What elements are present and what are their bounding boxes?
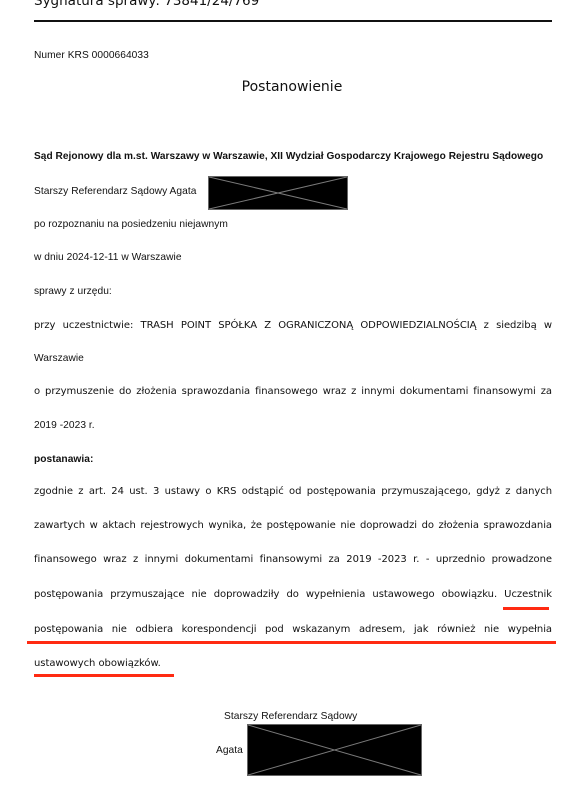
document-title: Postanowienie: [0, 79, 584, 95]
signature-name: Agata: [216, 745, 243, 756]
date-line: w dniu 2024-12-11 w Warszawie: [34, 252, 182, 263]
krs-number: Numer KRS 0000664033: [34, 50, 149, 61]
redacted-signature-box: [247, 724, 422, 776]
body-line: zgodnie z art. 24 ust. 3 ustawy o KRS od…: [34, 486, 552, 497]
highlight-underline: [34, 674, 174, 677]
body-line: postępowania nie odbiera korespondencji …: [34, 624, 552, 635]
header-divider: [34, 20, 552, 22]
court-name: Sąd Rejonowy dla m.st. Warszawy w Warsza…: [34, 151, 543, 162]
body-line: postępowania przymuszające nie doprowadz…: [34, 589, 552, 600]
body-line: finansowego wraz z innymi dokumentami fi…: [34, 554, 552, 565]
redacted-cross-icon: [248, 725, 421, 775]
highlight-underline: [27, 641, 556, 644]
ex-officio-line: sprawy z urzędu:: [34, 286, 112, 297]
hearing-line: po rozpoznaniu na posiedzeniu niejawnym: [34, 219, 228, 230]
subject-line-2: 2019 -2023 r.: [34, 420, 95, 431]
participant-line-1: przy uczestnictwie: TRASH POINT SPÓŁKA Z…: [34, 320, 552, 331]
redacted-cross-icon: [209, 177, 347, 209]
decides-label: postanawia:: [34, 454, 93, 465]
body-line: ustawowych obowiązków.: [34, 658, 161, 669]
signature-role: Starszy Referendarz Sądowy: [224, 711, 357, 722]
officer-line: Starszy Referendarz Sądowy Agata: [34, 186, 196, 197]
redacted-name-box: [208, 176, 348, 210]
case-signature: Sygnatura sprawy: 73841/24/769: [34, 0, 259, 9]
subject-line-1: o przymuszenie do złożenia sprawozdania …: [34, 386, 552, 397]
body-line: zawartych w aktach rejestrowych wynika, …: [34, 520, 552, 531]
highlight-underline: [503, 607, 549, 610]
participant-line-2: Warszawie: [34, 353, 84, 364]
